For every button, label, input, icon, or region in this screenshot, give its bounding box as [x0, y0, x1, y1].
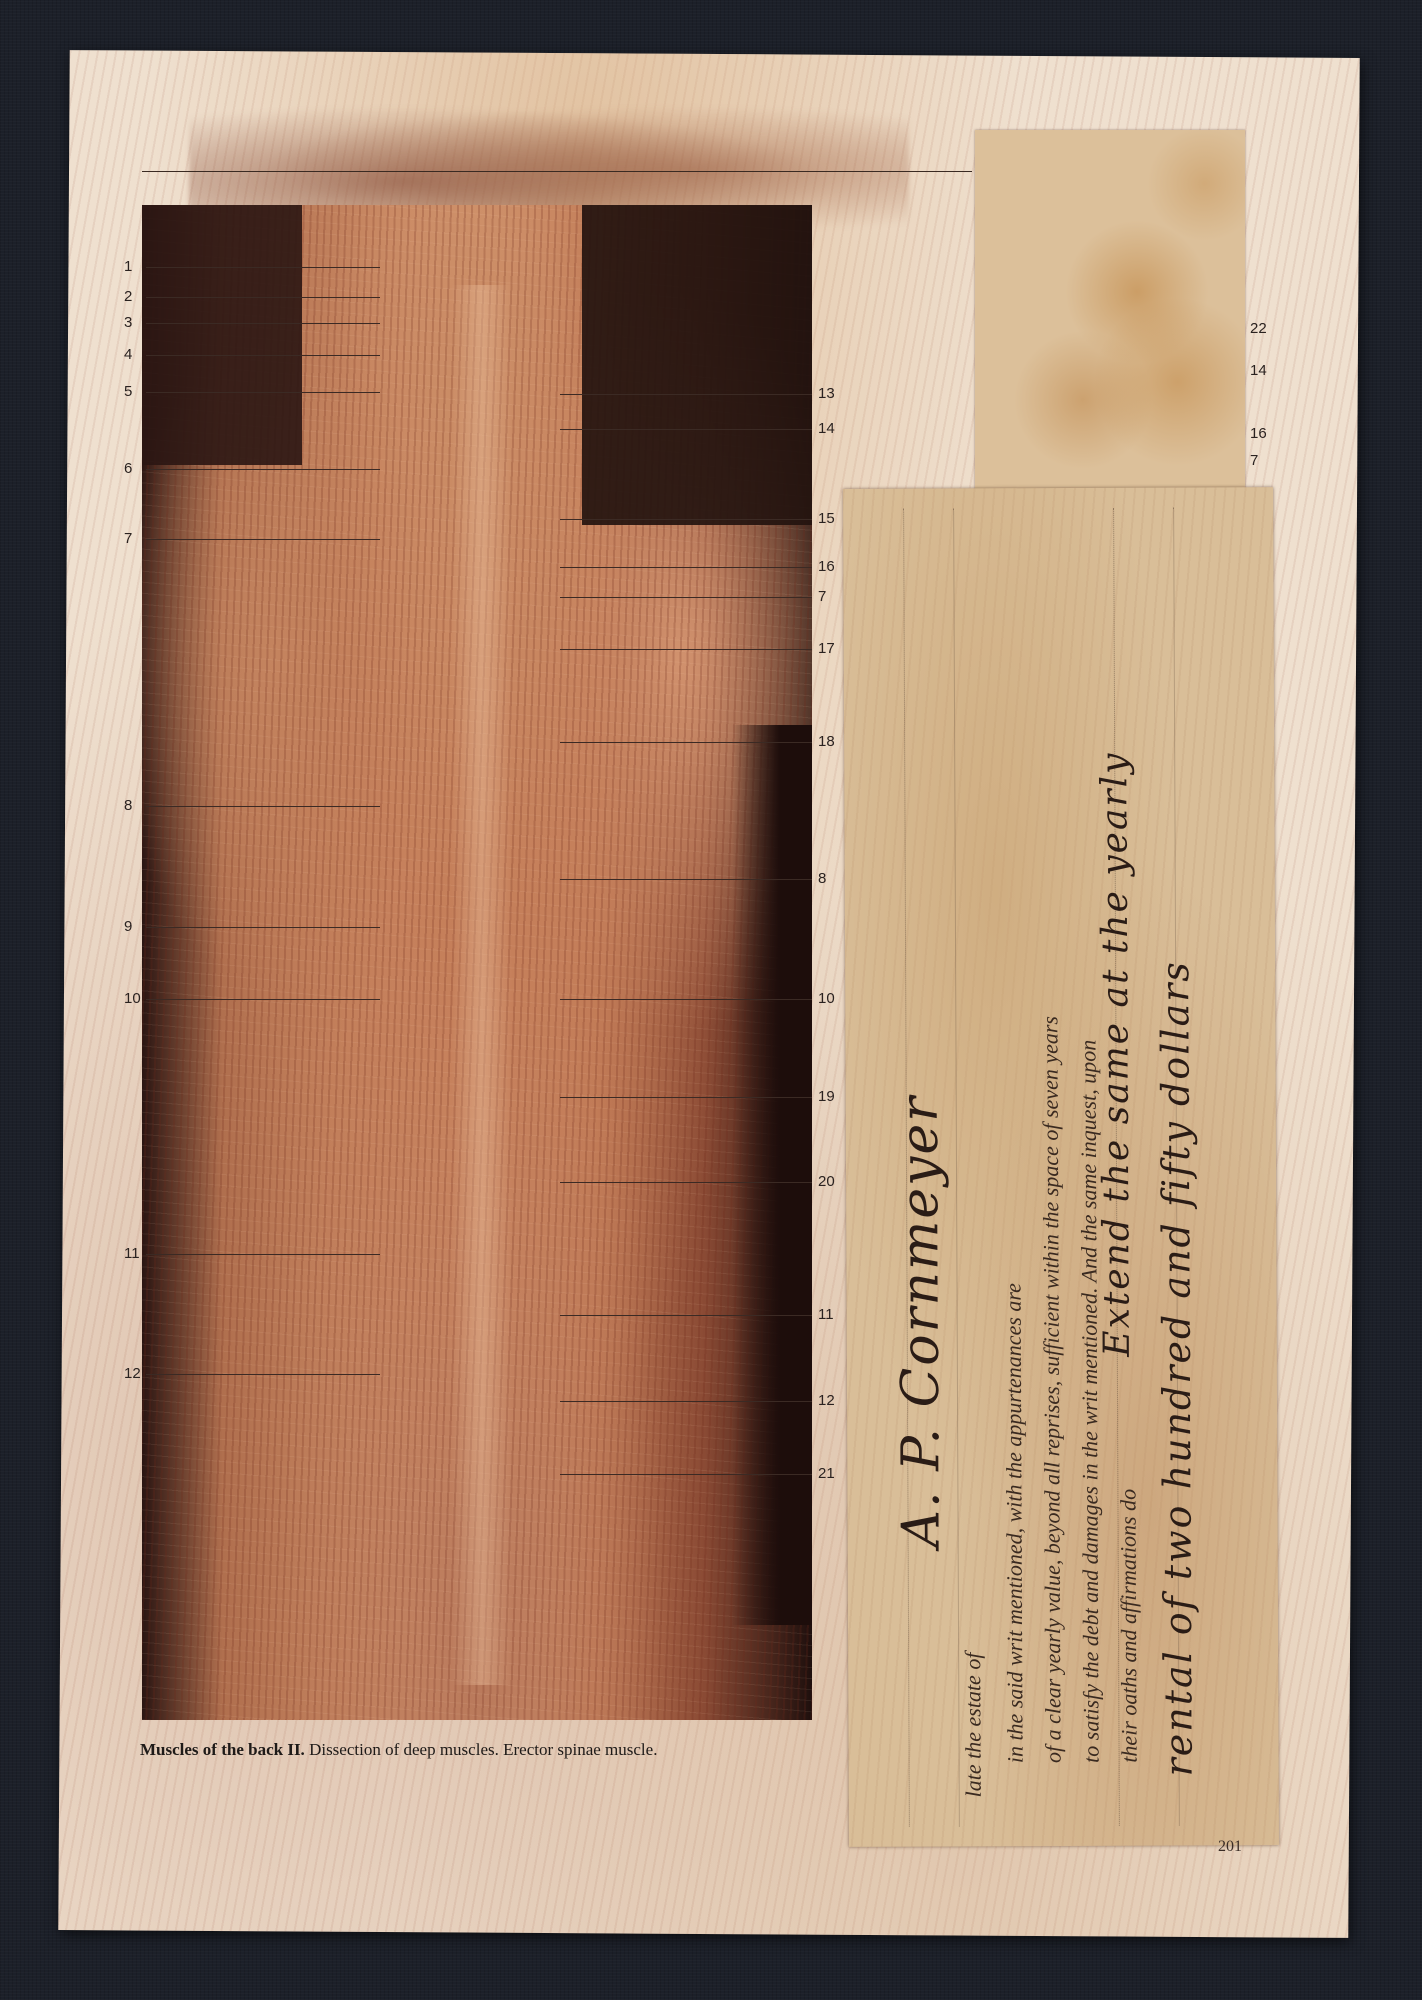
anatomy-label-number: 8	[818, 870, 826, 887]
leader-line	[560, 519, 812, 520]
anatomy-label-number: 15	[818, 510, 835, 527]
leader-line	[560, 742, 812, 743]
anatomy-label-number: 14	[1250, 362, 1267, 379]
anatomy-label-number: 7	[124, 530, 132, 547]
caption-text: Dissection of deep muscles. Erector spin…	[305, 1740, 658, 1759]
printed-line: of a clear yearly value, beyond all repr…	[1037, 1016, 1066, 1763]
anatomy-label-number: 2	[124, 288, 132, 305]
anatomy-label-number: 22	[1250, 320, 1267, 337]
anatomy-label-number: 4	[124, 346, 132, 363]
leader-line	[560, 1474, 812, 1475]
photo-background-dark	[582, 205, 812, 525]
anatomy-label-number: 5	[124, 383, 132, 400]
anatomy-label-number: 10	[124, 990, 141, 1007]
leader-line	[146, 323, 380, 324]
leader-line	[146, 297, 380, 298]
photo-background-dark	[142, 205, 302, 465]
stained-paper-scrap	[975, 130, 1245, 490]
leader-line	[560, 1097, 812, 1098]
anatomy-label-number: 16	[1250, 425, 1267, 442]
anatomy-label-number: 21	[818, 1465, 835, 1482]
page-number: 201	[1218, 1838, 1242, 1856]
figure-caption: Muscles of the back II. Dissection of de…	[140, 1740, 657, 1760]
anatomy-label-number: 17	[818, 640, 835, 657]
printed-line: their oaths and affirmations do	[1115, 1489, 1142, 1763]
leader-line	[146, 999, 380, 1000]
leader-line	[560, 879, 812, 880]
anatomy-label-number: 13	[818, 385, 835, 402]
leader-line	[146, 806, 380, 807]
dissection-photo	[142, 205, 812, 1720]
anatomy-label-number: 11	[818, 1306, 834, 1323]
leader-line	[560, 1401, 812, 1402]
photo-background-dark	[732, 725, 812, 1625]
spine-highlight	[452, 285, 512, 1685]
leader-line	[560, 567, 812, 568]
anatomy-label-number: 18	[818, 733, 835, 750]
handwritten-name: A. P. Cornmeyer	[890, 1095, 952, 1548]
printed-line: in the said writ mentioned, with the app…	[1001, 1283, 1029, 1763]
leader-line	[142, 171, 972, 172]
anatomy-label-number: 16	[818, 558, 835, 575]
leader-line	[146, 392, 380, 393]
leader-line	[146, 355, 380, 356]
legal-document: A. P. Cornmeyer late the estate of in th…	[843, 487, 1279, 1847]
leader-line	[146, 469, 380, 470]
handwritten-line: rental of two hundred and fifty dollars	[1153, 960, 1201, 1777]
leader-line	[560, 649, 812, 650]
anatomy-label-number: 12	[124, 1365, 141, 1382]
caption-title: Muscles of the back II.	[140, 1740, 305, 1759]
leader-line	[560, 394, 812, 395]
printed-line: late the estate of	[960, 1653, 987, 1798]
leader-line	[560, 999, 812, 1000]
anatomy-label-number: 20	[818, 1173, 835, 1190]
leader-line	[146, 1254, 380, 1255]
anatomy-label-number: 14	[818, 420, 835, 437]
leader-line	[560, 597, 812, 598]
leader-line	[146, 1374, 380, 1375]
anatomy-label-number: 7	[818, 588, 826, 605]
anatomy-label-number: 12	[818, 1392, 835, 1409]
leader-line	[146, 267, 380, 268]
anatomy-label-number: 10	[818, 990, 835, 1007]
anatomy-label-number: 9	[124, 918, 132, 935]
anatomy-label-number: 7	[1250, 452, 1258, 469]
anatomy-label-number: 1	[124, 258, 132, 275]
leader-line	[560, 1315, 812, 1316]
anatomy-label-number: 11	[124, 1245, 140, 1262]
anatomy-label-number: 8	[124, 797, 132, 814]
leader-line	[146, 539, 380, 540]
handwritten-line: Extend the same at the yearly	[1094, 751, 1138, 1356]
document-text-rotated: A. P. Cornmeyer late the estate of in th…	[893, 536, 1228, 1797]
anatomy-label-number: 3	[124, 314, 132, 331]
leader-line	[146, 927, 380, 928]
leader-line	[560, 1182, 812, 1183]
leader-line	[560, 429, 812, 430]
anatomy-label-number: 6	[124, 460, 132, 477]
anatomy-label-number: 19	[818, 1088, 835, 1105]
